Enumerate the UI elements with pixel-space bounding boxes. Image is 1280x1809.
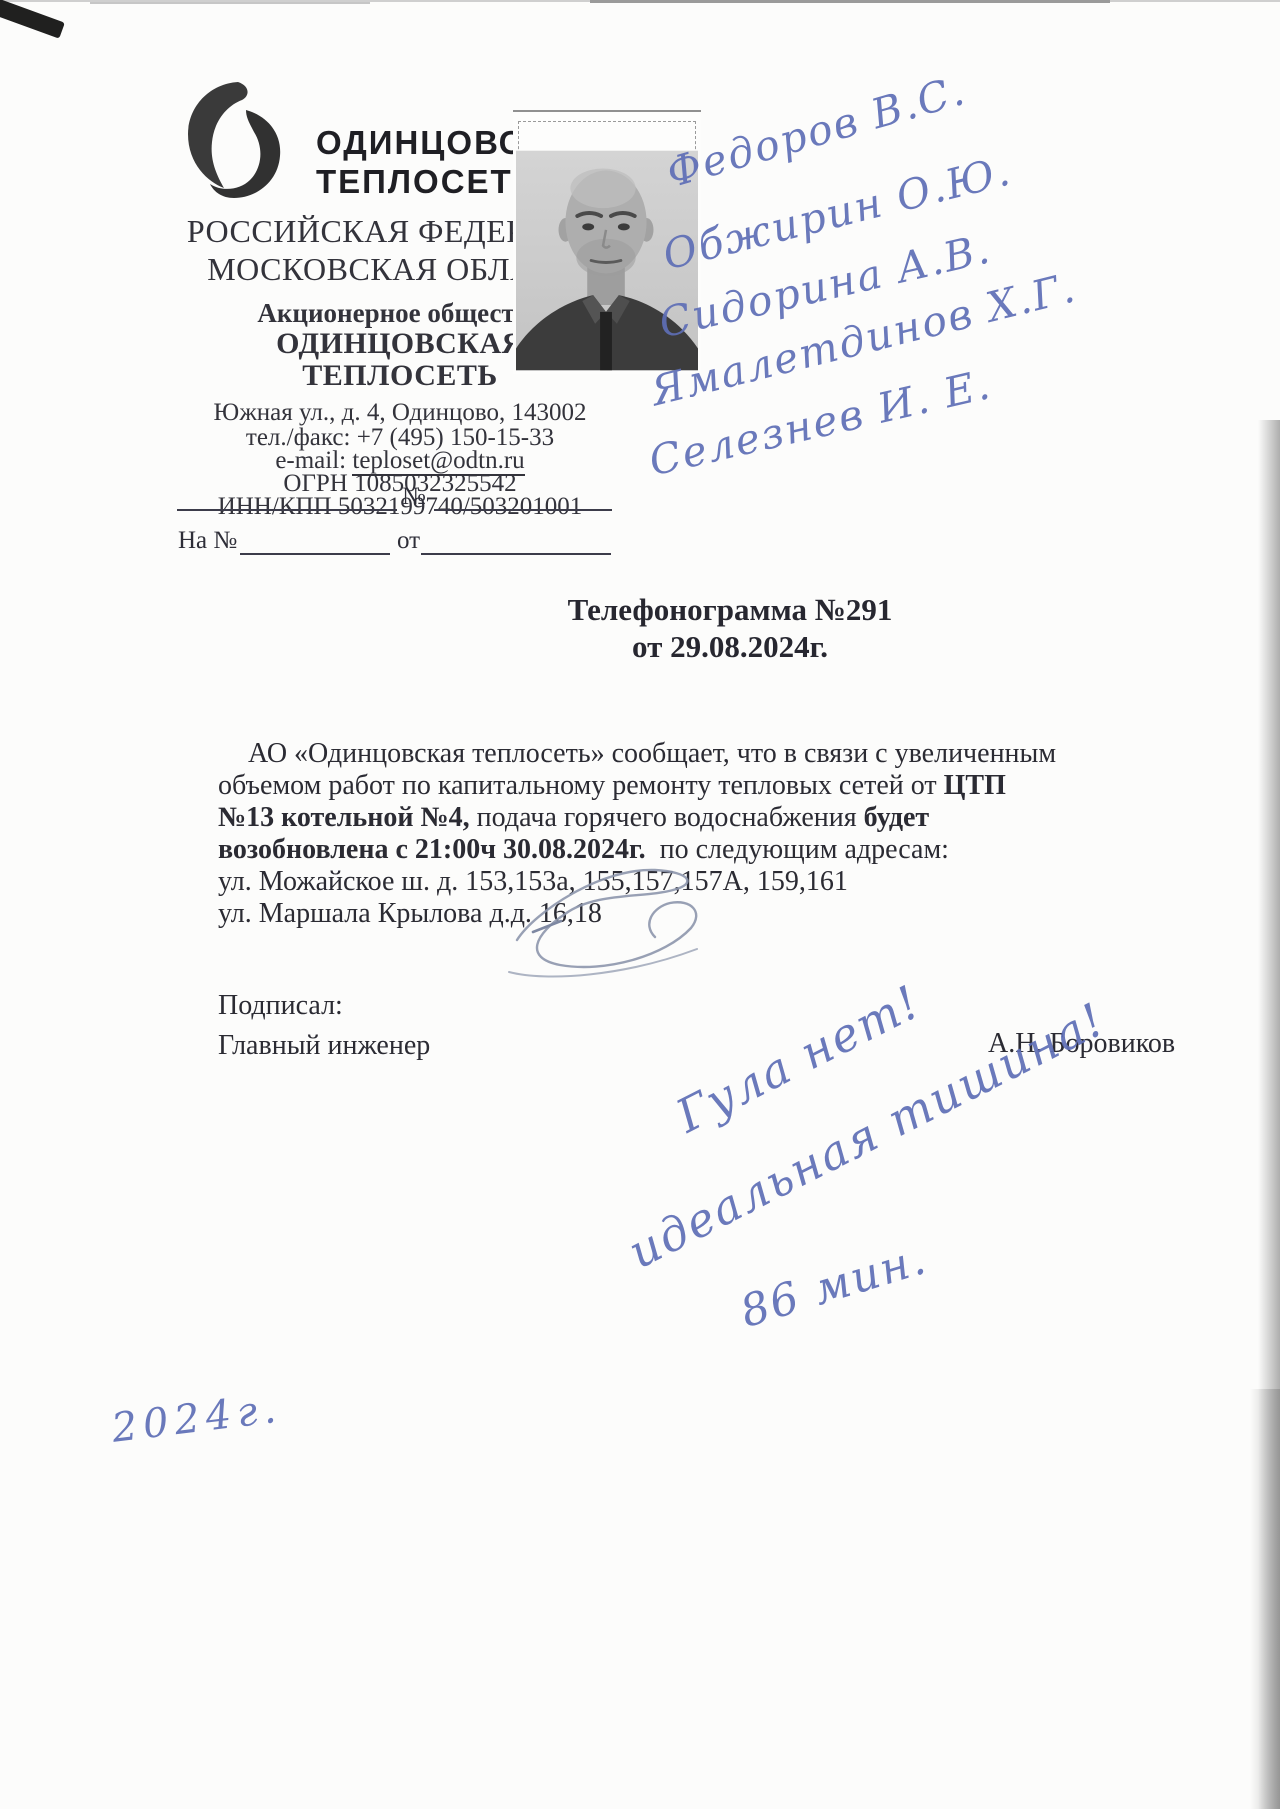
scan-top-line-light bbox=[90, 2, 370, 4]
document-title: Телефонограмма №291 bbox=[515, 592, 945, 628]
incoming-number-blank-line bbox=[240, 533, 390, 555]
number-symbol: № bbox=[402, 483, 426, 511]
body-line-3: №13 котельной №4, подача горячего водосн… bbox=[218, 802, 1028, 834]
letterhead-email-line: e-mail: teploset@odtn.ru bbox=[175, 449, 625, 472]
outgoing-number-blank-line bbox=[434, 489, 612, 511]
scan-corner-mark bbox=[0, 0, 65, 39]
body-text-run: АО «Одинцовская теплосеть» сообщает, что… bbox=[248, 738, 1056, 769]
body-line-2: объемом работ по капитальному ремонту те… bbox=[218, 770, 1028, 802]
body-text-run: №13 котельной №4, bbox=[218, 802, 470, 833]
scanned-document-page: ОДИНЦОВСКАЯ ТЕПЛОСЕТЬ РОССИЙСКАЯ ФЕДЕРАЦ… bbox=[0, 0, 1280, 1809]
body-line-1: АО «Одинцовская теплосеть» сообщает, что… bbox=[218, 738, 1028, 770]
ot-label: от bbox=[397, 527, 420, 555]
signed-label: Подписал: bbox=[218, 990, 343, 1022]
odintsovo-teploset-logo bbox=[180, 76, 292, 214]
incoming-date-blank-line bbox=[421, 533, 611, 555]
handwritten-year: 2024г. bbox=[109, 1385, 284, 1451]
scan-top-line-dark bbox=[590, 0, 1110, 3]
body-text-run: будет bbox=[864, 802, 930, 833]
letterhead-phone: тел./факс: +7 (495) 150-15-33 bbox=[175, 426, 625, 449]
na-number-label: На № bbox=[178, 527, 237, 555]
outgoing-date-blank-line bbox=[177, 489, 397, 511]
document-date: от 29.08.2024г. bbox=[515, 629, 945, 665]
body-text-run: подача горячего водоснабжения bbox=[470, 802, 864, 833]
flame-drop-logo-icon bbox=[180, 76, 292, 214]
letterhead-address: Южная ул., д. 4, Одинцово, 143002 bbox=[175, 400, 625, 426]
signer-position: Главный инженер bbox=[218, 1030, 430, 1062]
org-name-line2: ТЕПЛОСЕТЬ bbox=[316, 163, 538, 201]
scan-right-edge-shadow-lower bbox=[1250, 1389, 1280, 1809]
handwritten-signature bbox=[505, 852, 720, 992]
handwritten-note-minutes: 86 мин. bbox=[735, 1233, 933, 1338]
body-text-run: ЦТП bbox=[944, 770, 1006, 801]
body-text-run: объемом работ по капитальному ремонту те… bbox=[218, 770, 944, 801]
